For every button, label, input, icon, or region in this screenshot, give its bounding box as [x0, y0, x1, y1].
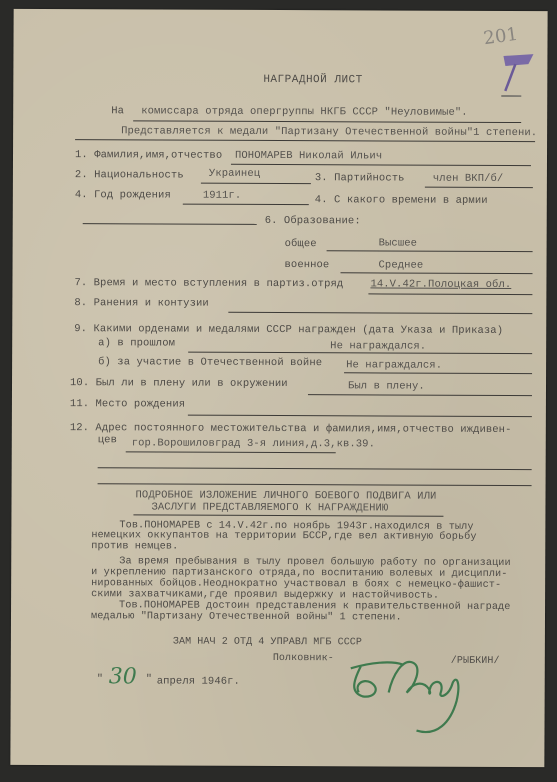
award-sheet-paper: 201 НАГРАДНОЙ ЛИСТ На комиссара отряда о…	[10, 9, 547, 767]
narrative-line: медалью "Партизану Отечественной войны" …	[91, 611, 402, 623]
field-3-label: 3. Партийность	[315, 172, 405, 184]
field-4-underline	[183, 204, 309, 206]
handwritten-signature-icon	[340, 652, 480, 743]
field-2-value: Украинец	[209, 168, 260, 180]
narrative-heading-2: ЗАСЛУГИ ПРЕДСТАВЛЯЕМОГО К НАГРАЖДЕНИЮ	[151, 501, 388, 514]
field-1-value: ПОНОМАРЕВ Николай Ильич	[235, 150, 382, 163]
education-general-underline	[327, 250, 533, 252]
field-12-underline	[126, 451, 336, 453]
field-6-label: 6. Образование:	[265, 215, 361, 227]
field-12-underline-3	[98, 483, 532, 486]
field-11-underline	[188, 415, 532, 418]
field-7-label: 7. Время и место вступления в партиз.отр…	[74, 277, 343, 290]
field-9b-label: б) за участие в Отечественной войне	[98, 356, 322, 369]
for-value: комиссара отряда опергруппы НКГБ СССР "Н…	[141, 105, 468, 118]
field-12-label: 12. Адрес постоянного местожительства и …	[70, 422, 512, 436]
field-5-underline	[83, 223, 257, 225]
signature-rank: Полковник-	[273, 653, 334, 665]
narrative-line: против немцев.	[91, 541, 178, 552]
date-month-year: апреля 1946г.	[157, 675, 240, 687]
field-12-label-cont: цев	[98, 434, 117, 446]
field-4-label: 4. Год рождения	[75, 189, 171, 201]
for-underline	[133, 120, 521, 123]
field-9b-underline	[344, 372, 532, 374]
field-8-label: 8. Ранения и контузии	[74, 297, 208, 310]
presented-underline	[75, 139, 535, 142]
field-12-value: гор.Ворошиловград 3-я линия,д.3,кв.39.	[132, 437, 375, 450]
violet-checkmark-icon	[493, 46, 543, 96]
field-3-underline	[425, 187, 533, 188]
for-label: На	[111, 105, 124, 117]
document-title: НАГРАДНОЙ ЛИСТ	[263, 74, 362, 86]
field-4-value: 1911г.	[203, 190, 241, 202]
field-9b-value: Не награждался.	[346, 359, 442, 371]
field-1-underline	[231, 164, 531, 166]
date-open-quote: "	[97, 673, 103, 685]
field-2-underline	[201, 183, 311, 184]
field-1-label: 1. Фамилия,имя,отчество	[75, 149, 222, 162]
date-day: 30	[109, 665, 137, 689]
field-9a-label: а) в прошлом	[98, 337, 175, 349]
field-7-underline	[368, 293, 532, 295]
field-10-underline	[308, 394, 532, 396]
education-general-value: Высшее	[379, 237, 417, 249]
education-military-label: военное	[285, 259, 330, 271]
field-5-label: 4. С какого времени в армии	[315, 194, 488, 207]
signature-position: ЗАМ НАЧ 2 ОТД 4 УПРАВЛ МГБ СССР	[173, 637, 362, 650]
narrative-heading-underline	[133, 514, 443, 516]
field-7-value: 14.V.42г.Полоцкая обл.	[370, 278, 511, 291]
date-close-quote: "	[146, 673, 152, 685]
education-military-underline	[341, 272, 533, 274]
presented-value: Представляется к медали "Партизану Отече…	[121, 125, 537, 139]
field-9a-value: Не награждался.	[330, 340, 426, 352]
archive-number: 201	[483, 29, 519, 46]
field-3-value: член ВКП/б/	[433, 173, 503, 185]
field-9a-underline	[188, 352, 532, 355]
field-2-label: 2. Национальность	[75, 169, 184, 181]
field-9-label: 9. Какими орденами и медалями СССР награ…	[74, 323, 503, 337]
field-8-underline	[228, 312, 532, 314]
field-10-value: Был в плену.	[348, 380, 425, 392]
field-10-label: 10. Был ли в плену или в окружении	[70, 377, 288, 390]
education-general-label: общее	[285, 238, 317, 250]
field-12-underline-2	[98, 467, 532, 470]
field-11-label: 11. Место рождения	[70, 398, 185, 411]
education-military-value: Среднее	[379, 259, 424, 271]
